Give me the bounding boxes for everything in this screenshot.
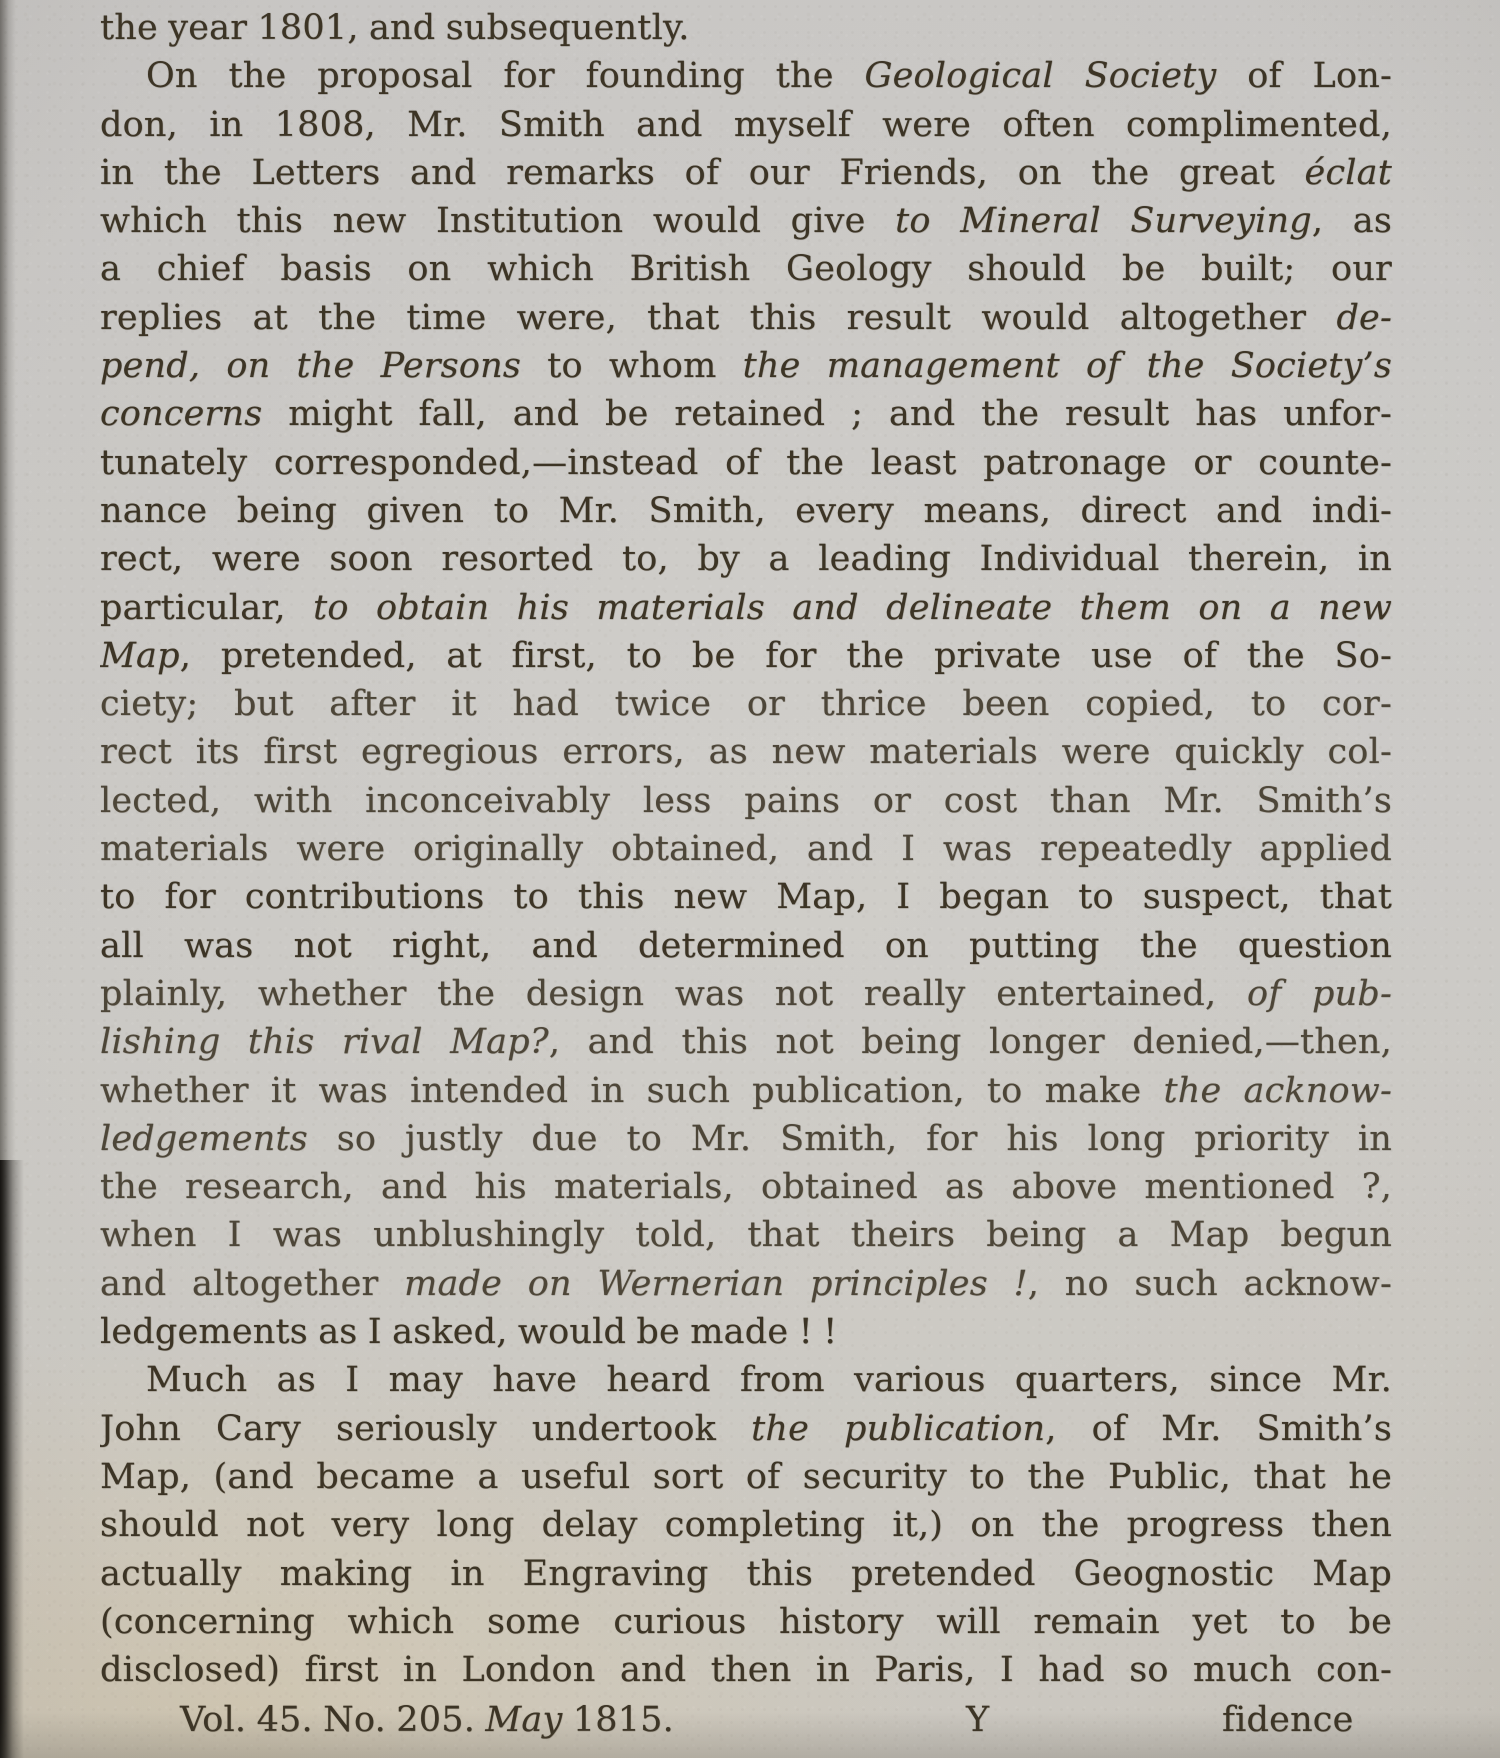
text-run: a chief basis on which British Geology s… — [100, 249, 1392, 289]
page-footer: Vol. 45. No. 205. May 1815. Y fidence — [100, 1696, 1392, 1744]
text-run: ciety; but after it had twice or thrice … — [100, 684, 1392, 724]
text-line: the research, and his materials, obtaine… — [100, 1163, 1392, 1211]
text-line: all was not right, and determined on put… — [100, 922, 1392, 970]
text-line: replies at the time were, that this resu… — [100, 294, 1392, 342]
text-run: to whom — [521, 346, 743, 386]
italic-text-run: the publication — [751, 1409, 1045, 1449]
text-run: which this new Institution would give — [100, 201, 895, 241]
italic-text-run: de- — [1336, 298, 1392, 338]
text-line: a chief basis on which British Geology s… — [100, 245, 1392, 293]
text-run: materials were originally obtained, and … — [100, 829, 1392, 869]
text-line: and altogether made on Wernerian princip… — [100, 1260, 1392, 1308]
text-line: On the proposal for founding the Geologi… — [100, 52, 1392, 100]
text-run: whether it was intended in such publicat… — [100, 1071, 1163, 1111]
text-line: materials were originally obtained, and … — [100, 825, 1392, 873]
gutter-shadow-bottom — [0, 1160, 24, 1758]
text-line: ciety; but after it had twice or thrice … — [100, 680, 1392, 728]
text-run: so justly due to Mr. Smith, for his long… — [308, 1119, 1392, 1159]
text-line: don, in 1808, Mr. Smith and myself were … — [100, 101, 1392, 149]
scanned-page: the year 1801, and subsequently.On the p… — [0, 0, 1500, 1758]
text-run: all was not right, and determined on put… — [100, 926, 1392, 966]
italic-text-run: made on Wernerian principles ! — [404, 1264, 1028, 1304]
catchword: fidence — [1222, 1696, 1354, 1744]
italic-text-run: May — [485, 1700, 562, 1740]
text-line: when I was unblushingly told, that their… — [100, 1211, 1392, 1259]
text-run: John Cary seriously undertook — [100, 1409, 751, 1449]
signature-mark: Y — [966, 1696, 989, 1744]
text-run: (concerning which some curious history w… — [100, 1602, 1392, 1642]
text-run: , as — [1312, 201, 1392, 241]
text-run: , no such acknow- — [1028, 1264, 1392, 1304]
text-run: might fall, and be retained ; and the re… — [262, 394, 1392, 434]
gutter-shadow — [0, 0, 16, 1758]
text-line: actually making in Engraving this preten… — [100, 1550, 1392, 1598]
italic-text-run: of pub- — [1247, 974, 1392, 1014]
text-line: should not very long delay completing it… — [100, 1501, 1392, 1549]
italic-text-run: concerns — [100, 394, 262, 434]
text-run: in the Letters and remarks of our Friend… — [100, 153, 1305, 193]
text-run: 1815. — [562, 1700, 674, 1740]
text-run: , pretended, at first, to be for the pri… — [180, 636, 1392, 676]
text-line: the year 1801, and subsequently. — [100, 4, 1392, 52]
text-line: ledgements so justly due to Mr. Smith, f… — [100, 1115, 1392, 1163]
text-line: Map, (and became a useful sort of securi… — [100, 1453, 1392, 1501]
text-run: On the proposal for founding the — [146, 56, 864, 96]
text-line: concerns might fall, and be retained ; a… — [100, 390, 1392, 438]
footer-volume: Vol. 45. No. 205. May 1815. — [180, 1696, 674, 1744]
text-run: plainly, whether the design was not real… — [100, 974, 1247, 1014]
text-run: ledgements as I asked, would be made ! ! — [100, 1312, 837, 1352]
text-run: Vol. 45. No. 205. — [180, 1700, 485, 1740]
text-run: nance being given to Mr. Smith, every me… — [100, 491, 1392, 531]
italic-text-run: to Mineral Surveying — [895, 201, 1312, 241]
text-run: Much as I may have heard from various qu… — [146, 1360, 1392, 1400]
text-line: nance being given to Mr. Smith, every me… — [100, 487, 1392, 535]
text-run: to for contributions to this new Map, I … — [100, 877, 1392, 917]
text-run: particular, — [100, 588, 313, 628]
italic-text-run: ledgements — [100, 1119, 308, 1159]
text-run: lected, with inconceivably less pains or… — [100, 781, 1392, 821]
text-run: actually making in Engraving this preten… — [100, 1554, 1392, 1594]
text-line: Much as I may have heard from various qu… — [100, 1356, 1392, 1404]
text-run: Map, (and became a useful sort of securi… — [100, 1457, 1392, 1497]
text-line: particular, to obtain his materials and … — [100, 584, 1392, 632]
italic-text-run: to obtain his materials and delineate th… — [313, 588, 1392, 628]
text-line: John Cary seriously undertook the public… — [100, 1405, 1392, 1453]
text-run: of Lon- — [1216, 56, 1392, 96]
italic-text-run: éclat — [1305, 153, 1392, 193]
text-line: (concerning which some curious history w… — [100, 1598, 1392, 1646]
italic-text-run: Map — [100, 636, 180, 676]
text-run: don, in 1808, Mr. Smith and myself were … — [100, 105, 1392, 145]
text-run: , and this not being longer denied,—then… — [549, 1022, 1392, 1062]
text-line: lishing this rival Map?, and this not be… — [100, 1018, 1392, 1066]
italic-text-run: the acknow- — [1163, 1071, 1392, 1111]
text-line: lected, with inconceivably less pains or… — [100, 777, 1392, 825]
text-block: the year 1801, and subsequently.On the p… — [100, 4, 1392, 1745]
text-line: tunately corresponded,—instead of the le… — [100, 439, 1392, 487]
text-line: Map, pretended, at first, to be for the … — [100, 632, 1392, 680]
italic-text-run: the management of the Society’s — [743, 346, 1392, 386]
italic-text-run: Geological Society — [864, 56, 1216, 96]
text-line: rect, were soon resorted to, by a leadin… — [100, 535, 1392, 583]
text-line: rect its first egregious errors, as new … — [100, 728, 1392, 776]
text-run: rect, were soon resorted to, by a leadin… — [100, 539, 1392, 579]
text-line: whether it was intended in such publicat… — [100, 1067, 1392, 1115]
text-line: which this new Institution would give to… — [100, 197, 1392, 245]
text-run: the research, and his materials, obtaine… — [100, 1167, 1392, 1207]
text-run: rect its first egregious errors, as new … — [100, 732, 1392, 772]
text-run: when I was unblushingly told, that their… — [100, 1215, 1392, 1255]
text-run: , of Mr. Smith’s — [1045, 1409, 1392, 1449]
text-run: the year 1801, and subsequently. — [100, 8, 690, 48]
text-line: plainly, whether the design was not real… — [100, 970, 1392, 1018]
text-run: should not very long delay completing it… — [100, 1505, 1392, 1545]
text-line: ledgements as I asked, would be made ! ! — [100, 1308, 1392, 1356]
text-run: and altogether — [100, 1264, 404, 1304]
italic-text-run: lishing this rival Map? — [100, 1022, 549, 1062]
text-line: disclosed) first in London and then in P… — [100, 1646, 1392, 1694]
text-run: tunately corresponded,—instead of the le… — [100, 443, 1392, 483]
text-run: replies at the time were, that this resu… — [100, 298, 1336, 338]
text-line: in the Letters and remarks of our Friend… — [100, 149, 1392, 197]
text-line: to for contributions to this new Map, I … — [100, 873, 1392, 921]
italic-text-run: pend, on the Persons — [100, 346, 521, 386]
text-run: disclosed) first in London and then in P… — [100, 1650, 1392, 1690]
text-line: pend, on the Persons to whom the managem… — [100, 342, 1392, 390]
